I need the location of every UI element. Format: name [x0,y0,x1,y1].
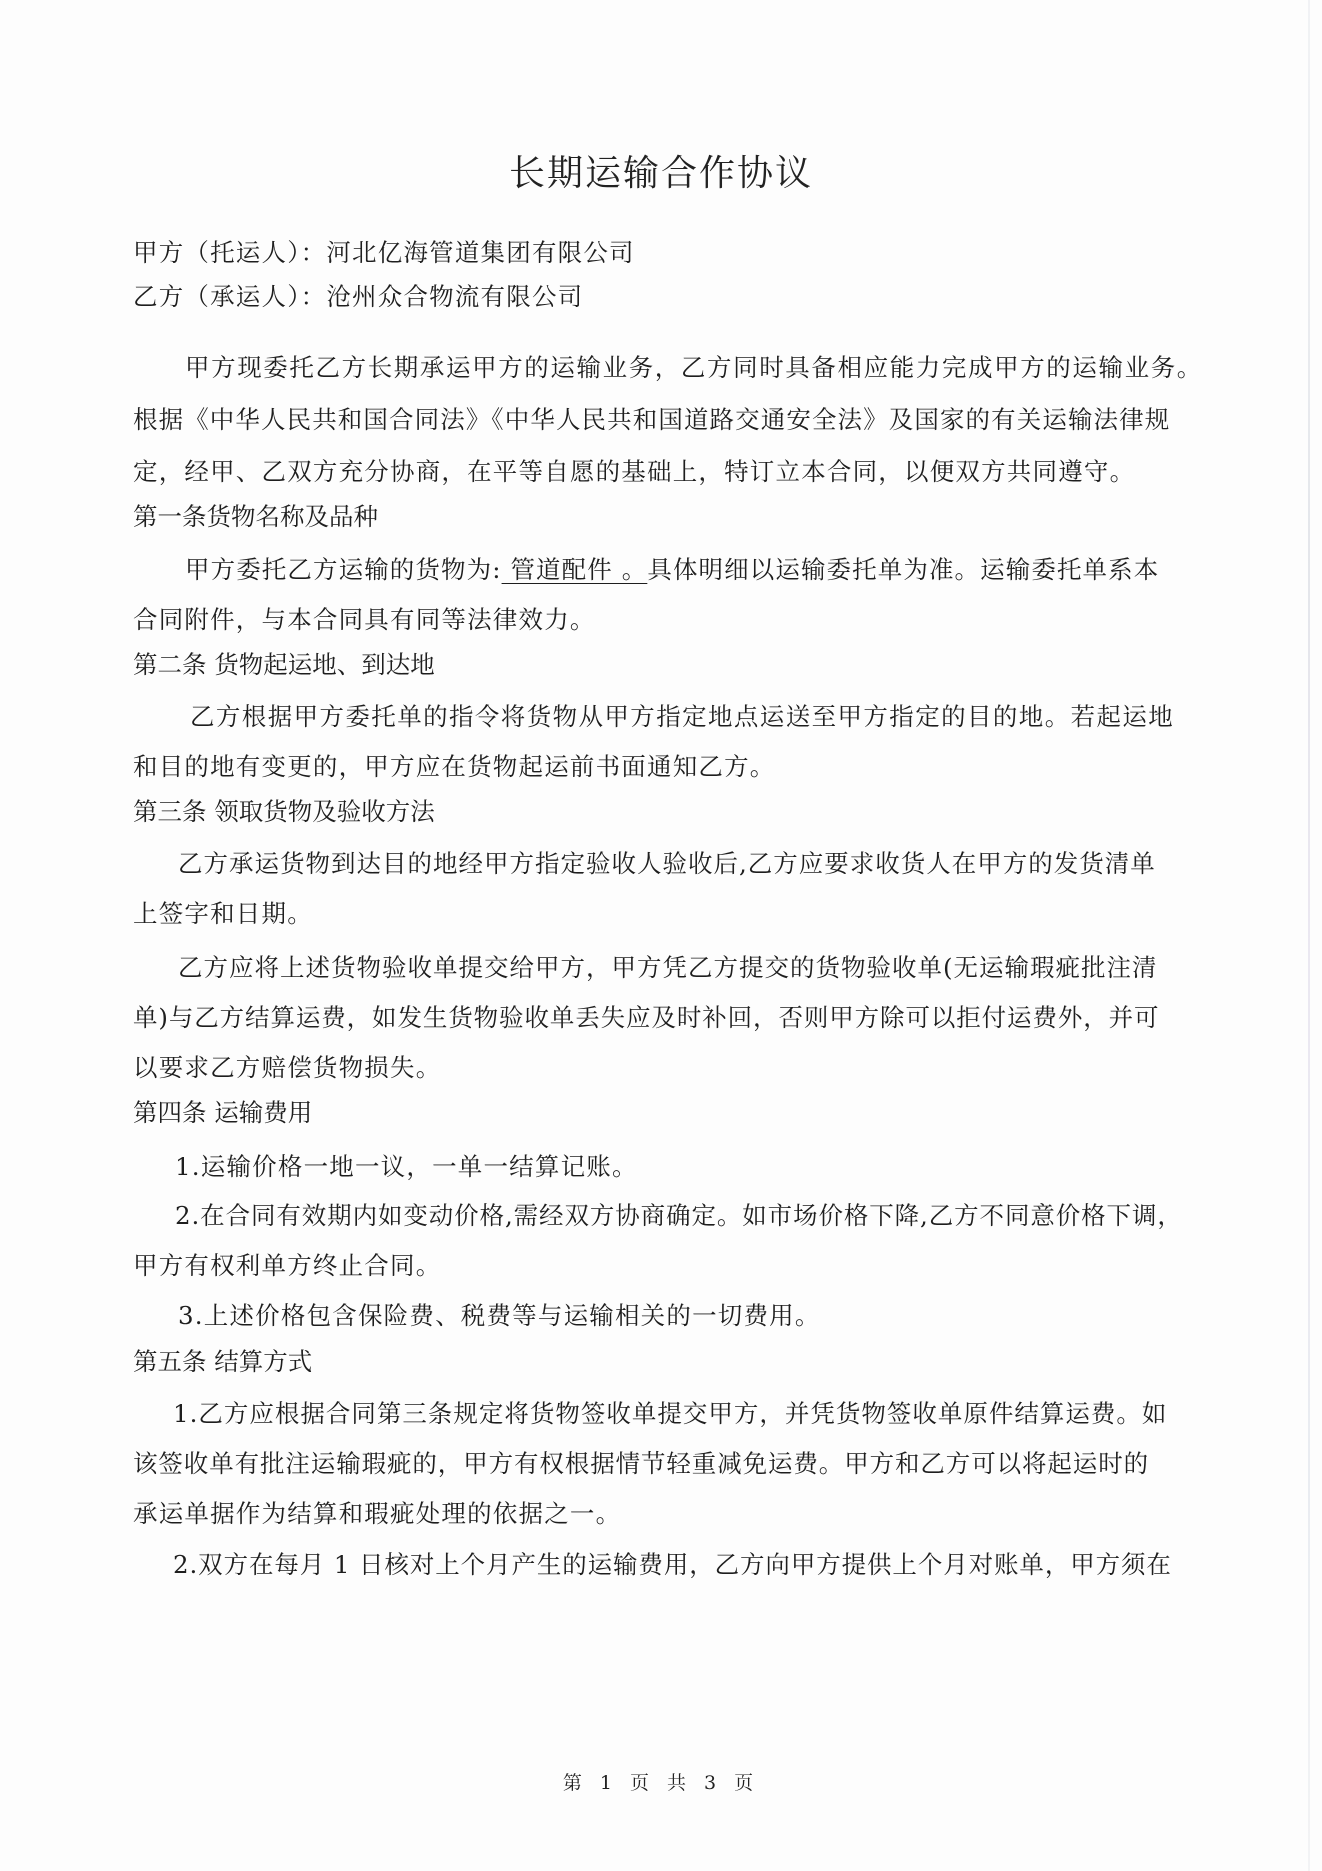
article-3-line: 上签字和日期。 [133,899,313,929]
preamble-line: 根据《中华人民共和国合同法》《中华人民共和国道路交通安全法》及国家的有关运输法律… [133,405,1170,435]
article-3-heading: 第三条 领取货物及验收方法 [133,797,435,827]
goods-name-field: 管道配件 。 [502,555,648,584]
article-5-line: 2.双方在每月 1 日核对上个月产生的运输费用，乙方向甲方提供上个月对账单，甲方… [173,1550,1172,1580]
article-5-line: 承运单据作为结算和瑕疵处理的依据之一。 [133,1499,621,1529]
document-page: 长期运输合作协议 甲方（托运人）：河北亿海管道集团有限公司 乙方（承运人）：沧州… [0,0,1322,1871]
article-3-line: 单)与乙方结算运费，如发生货物验收单丢失应及时补回，否则甲方除可以拒付运费外，并… [133,1003,1159,1033]
party-a-line: 甲方（托运人）：河北亿海管道集团有限公司 [133,238,635,268]
article-3-line: 以要求乙方赔偿货物损失。 [133,1053,441,1083]
goods-prefix: 甲方委托乙方运输的货物为: [185,555,502,584]
article-4-line: 甲方有权利单方终止合同。 [133,1251,441,1281]
article-5-heading: 第五条 结算方式 [133,1347,312,1377]
article-4-line: 2.在合同有效期内如变动价格,需经双方协商确定。如市场价格下降,乙方不同意价格下… [175,1201,1183,1231]
document-title: 长期运输合作协议 [0,145,1322,196]
party-b-name: 沧州众合物流有限公司 [326,282,583,311]
preamble-line: 甲方现委托乙方长期承运甲方的运输业务，乙方同时具备相应能力完成甲方的运输业务。 [185,353,1203,383]
article-5-line: 1.乙方应根据合同第三条规定将货物签收单提交甲方，并凭货物签收单原件结算运费。如 [173,1399,1167,1429]
goods-suffix: 具体明细以运输委托单为准。运输委托单系本 [647,555,1159,584]
article-2-line: 和目的地有变更的，甲方应在货物起运前书面通知乙方。 [133,752,776,782]
article-2-line: 乙方根据甲方委托单的指令将货物从甲方指定地点运送至甲方指定的目的地。若起运地 [190,702,1174,732]
article-4-line: 1.运输价格一地一议，一单一结算记账。 [175,1152,638,1182]
page-number-footer: 第 1 页 共 3 页 [0,1768,1322,1795]
party-b-line: 乙方（承运人）：沧州众合物流有限公司 [133,282,583,312]
scan-edge-artifact [1308,0,1310,1871]
party-a-label: 甲方（托运人）： [133,238,326,267]
article-3-line: 乙方应将上述货物验收单提交给甲方，甲方凭乙方提交的货物验收单(无运输瑕疵批注清 [178,953,1158,983]
party-a-name: 河北亿海管道集团有限公司 [326,238,634,267]
preamble-line: 定，经甲、乙双方充分协商，在平等自愿的基础上，特订立本合同，以便双方共同遵守。 [133,457,1135,487]
article-5-line: 该签收单有批注运输瑕疵的，甲方有权根据情节轻重减免运费。甲方和乙方可以将起运时的 [133,1449,1149,1479]
article-1-line: 合同附件，与本合同具有同等法律效力。 [133,605,596,635]
article-4-heading: 第四条 运输费用 [133,1098,312,1128]
article-4-line: 3.上述价格包含保险费、税费等与运输相关的一切费用。 [178,1301,821,1331]
article-3-line: 乙方承运货物到达目的地经甲方指定验收人验收后,乙方应要求收货人在甲方的发货清单 [178,849,1156,879]
article-1-heading: 第一条货物名称及品种 [133,502,378,532]
article-2-heading: 第二条 货物起运地、到达地 [133,650,435,680]
article-1-line: 甲方委托乙方运输的货物为: 管道配件 。具体明细以运输委托单为准。运输委托单系本 [185,555,1159,585]
party-b-label: 乙方（承运人）： [133,282,326,311]
